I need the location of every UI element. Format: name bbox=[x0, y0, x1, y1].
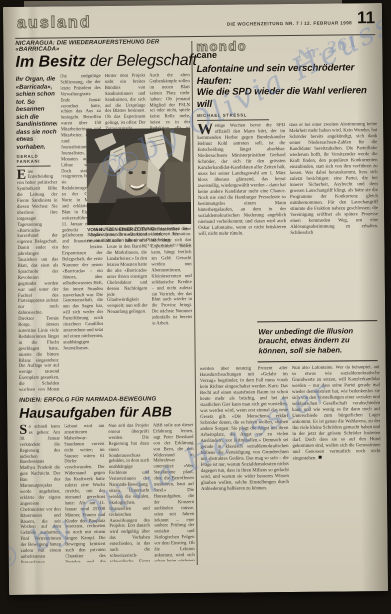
headline-rest: der Belegschaft bbox=[86, 52, 197, 70]
body-text: So schnell kann es gehen: Am 30. Januar … bbox=[19, 424, 61, 562]
body-text: ABB solle aus dieser Erfahrung lernen, s… bbox=[153, 423, 195, 561]
drop-cap: S bbox=[19, 425, 28, 436]
column-1: Ihr Organ, die «Barricada», schien schon… bbox=[16, 74, 60, 390]
article-columns-upper: Wenige Wochen bevor die SPD offiziell de… bbox=[197, 122, 379, 318]
article-end-mark bbox=[318, 455, 322, 459]
article-columns-lower: werden über neunzig Prozent aller Hausdu… bbox=[200, 365, 382, 595]
column-b: Nun also Lafontaine. Wer da behauptet, a… bbox=[292, 365, 382, 594]
article-nicaragua: NICARAGUA: DIE WIEDERAUFERSTEHUNG DER «B… bbox=[15, 39, 193, 393]
article-india-abb: INDIEN: ERFOLG FÜR NARMADA-BEWEGUNG Haus… bbox=[19, 393, 195, 570]
drop-cap: E bbox=[17, 169, 28, 180]
headline-line-2: Wie die SPD wieder die Wahl verlieren wi… bbox=[197, 85, 367, 109]
headline-line-1: Lafontaine und sein verschröderter Haufe… bbox=[197, 62, 355, 86]
newspaper-page: ausland DIE WOCHENZEITUNG NR. 7 / 12. FE… bbox=[3, 3, 388, 595]
column-2: Gebaut wird am umstrittenen Maheshwar-St… bbox=[64, 424, 106, 562]
scan-backdrop: ausland DIE WOCHENZEITUNG NR. 7 / 12. FE… bbox=[0, 0, 391, 614]
column-3: Nun soll das Projekt erneut überprüft we… bbox=[108, 423, 150, 561]
body-text-run: ine Entscheidung von hoher politischer S… bbox=[17, 169, 60, 391]
body-text-run: o schnell kann es gehen: Am 30. Januar v… bbox=[19, 424, 61, 562]
section-label: ausland bbox=[17, 14, 92, 33]
body-text-run: ABB solle aus dieser Erfahrung lernen, s… bbox=[153, 423, 195, 561]
header-rule bbox=[15, 34, 375, 39]
photo-credit: FOTO: OLIVIA HEUSSLER bbox=[87, 243, 191, 250]
body-text: Nun also Lafontaine. Wer da behauptet, a… bbox=[292, 365, 381, 462]
body-text: werden über neunzig Prozent aller Hausdu… bbox=[200, 366, 289, 493]
article-columns: So schnell kann es gehen: Am 30. Januar … bbox=[19, 423, 194, 563]
column-b: dass er bei einer zweiten Abstimmung kei… bbox=[289, 122, 379, 317]
body-text: Wenige Wochen bevor die SPD offiziell de… bbox=[197, 123, 286, 238]
drop-cap: W bbox=[197, 124, 215, 136]
headline-strong: Im Besitz bbox=[15, 53, 85, 71]
column-1: So schnell kann es gehen: Am 30. Januar … bbox=[19, 424, 61, 562]
article-byline: GERALD FANKANI bbox=[16, 154, 51, 167]
article-lead: Ihr Organ, die «Barricada», schien schon… bbox=[16, 75, 57, 150]
masthead-issue: DIE WOCHENZEITUNG NR. 7 / 12. FEBRUAR 19… bbox=[227, 20, 352, 26]
article-kicker: NICARAGUA: DIE WIEDERAUFERSTEHUNG DER «B… bbox=[15, 39, 189, 53]
article-headline: Im Besitz der Belegschaft bbox=[15, 52, 189, 71]
article-headline: Hausaufgaben für ABB bbox=[19, 403, 193, 421]
page-number: 11 bbox=[357, 8, 375, 28]
photo-man-with-newspaper bbox=[86, 128, 191, 225]
body-text-run: enige Wochen bevor die SPD offiziell den… bbox=[197, 123, 286, 237]
body-text: dass er bei einer zweiten Abstimmung kei… bbox=[289, 122, 378, 237]
body-text: Nun soll das Projekt erneut überprüft we… bbox=[108, 423, 150, 561]
column-a: Wenige Wochen bevor die SPD offiziell de… bbox=[197, 123, 287, 318]
pull-quote: Wer unbedingt die Illusion braucht, etwa… bbox=[257, 320, 377, 362]
body-text: Eine Entscheidung von hoher politischer … bbox=[17, 169, 60, 391]
article-headline: Lafontaine und sein verschröderter Haufe… bbox=[197, 62, 377, 110]
photo-figure: VOM NUTZEN EINER ZEITUNG: Fast hätten di… bbox=[86, 128, 191, 249]
column-4: ABB solle aus dieser Erfahrung lernen, s… bbox=[153, 423, 195, 561]
body-text-run: Nun also Lafontaine. Wer da behauptet, a… bbox=[292, 365, 381, 461]
column-mondo-cane: mondo cane Lafontaine und sein verschröd… bbox=[196, 39, 381, 565]
photo-caption: VOM NUTZEN EINER ZEITUNG: Fast hätten di… bbox=[87, 224, 191, 249]
article-byline: MICHAEL STRESSL bbox=[197, 113, 269, 121]
body-text: Gebaut wird am umstrittenen Maheshwar-St… bbox=[64, 424, 106, 562]
column-a: werden über neunzig Prozent aller Hausdu… bbox=[200, 366, 290, 595]
